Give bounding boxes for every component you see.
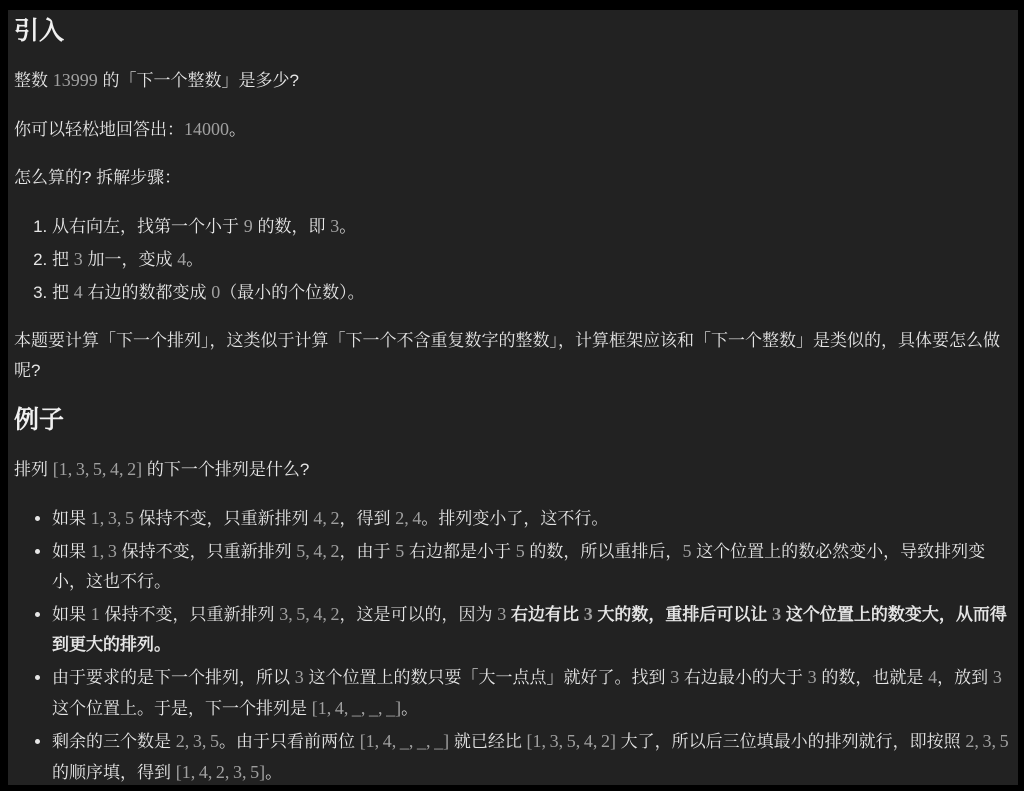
inline-math: 3	[772, 604, 781, 624]
text-run: 保持不变，只重新排列	[100, 605, 279, 624]
text-run: 。由于只看前两位	[219, 732, 360, 751]
paragraph: 本题要计算「下一个排列」，这类似于计算「下一个不含重复数字的整数」，计算框架应该…	[14, 326, 1010, 386]
text-run: 的数，所以重排后，	[525, 542, 683, 561]
inline-math: 1	[91, 604, 100, 624]
list-item: 如果 1, 3, 5 保持不变，只重新排列 4, 2，得到 2, 4。排列变小了…	[52, 503, 1010, 534]
list-item: 把 4 右边的数都变成 0（最小的个位数）。	[52, 277, 1010, 308]
text-run: ，这是可以的，因为	[340, 605, 498, 624]
text-run: 如果	[52, 605, 91, 624]
text-run: 右边最小的大于	[679, 668, 807, 687]
text-run: 。	[401, 699, 418, 718]
list-item: 从右向左，找第一个小于 9 的数，即 3。	[52, 211, 1010, 242]
text-run: 。	[339, 217, 356, 236]
text-run: 剩余的三个数是	[52, 732, 176, 751]
inline-math: 13999	[53, 70, 98, 90]
inline-math: 5, 4, 2	[296, 541, 339, 561]
text-run: 的数，即	[253, 217, 330, 236]
text-run: 。	[229, 120, 246, 139]
inline-math: [1, 4, _, _, _]	[312, 698, 401, 718]
text-run: 把	[52, 250, 74, 269]
text-run: ，放到	[937, 668, 993, 687]
paragraph: 怎么算的? 拆解步骤：	[14, 163, 1010, 193]
text-run: 的数，也就是	[817, 668, 928, 687]
text-run: 的「下一个整数」是多少?	[98, 71, 299, 90]
text-run: 怎么算的? 拆解步骤：	[14, 168, 181, 187]
inline-math: 4	[177, 249, 186, 269]
inline-math: 5	[395, 541, 404, 561]
text-run: 。	[186, 250, 203, 269]
text-run: 右边有比	[506, 605, 583, 624]
inline-math: 3	[295, 667, 304, 687]
inline-math: 2, 3, 5	[176, 731, 219, 751]
inline-math: 4	[74, 282, 83, 302]
inline-math: 3, 5, 4, 2	[279, 604, 339, 624]
ordered-list: 从右向左，找第一个小于 9 的数，即 3。把 3 加一，变成 4。把 4 右边的…	[14, 211, 1010, 308]
inline-math: [1, 4, 2, 3, 5]	[176, 762, 265, 782]
article: 引入整数 13999 的「下一个整数」是多少?你可以轻松地回答出：14000。怎…	[14, 15, 1010, 785]
text-run: 整数	[14, 71, 53, 90]
text-run: 的下一个排列是什么?	[142, 460, 309, 479]
text-run: 你可以轻松地回答出：	[14, 120, 184, 139]
text-run: 这个位置上的数只要「大一点点」就好了。找到	[304, 668, 670, 687]
section-heading: 引入	[14, 15, 1010, 47]
text-run: 由于要求的是下一个排列，所以	[52, 668, 295, 687]
inline-math: 3	[670, 667, 679, 687]
text-run: 保持不变，只重新排列	[117, 542, 296, 561]
inline-math: 0	[211, 282, 220, 302]
text-run: 的顺序填，得到	[52, 763, 176, 782]
list-item: 如果 1, 3 保持不变，只重新排列 5, 4, 2，由于 5 右边都是小于 5…	[52, 536, 1010, 597]
text-run: 右边都是小于	[404, 542, 515, 561]
paragraph: 排列 [1, 3, 5, 4, 2] 的下一个排列是什么?	[14, 454, 1010, 485]
text-run: 加一，变成	[83, 250, 177, 269]
text-run: 。排列变小了，这不行。	[421, 509, 608, 528]
inline-math: 3	[74, 249, 83, 269]
text-run: （最小的个位数）。	[220, 283, 365, 302]
paragraph: 你可以轻松地回答出：14000。	[14, 114, 1010, 145]
inline-math: 3	[584, 604, 593, 624]
text-run: 如果	[52, 509, 91, 528]
inline-math: 3	[330, 216, 339, 236]
list-item: 把 3 加一，变成 4。	[52, 244, 1010, 275]
inline-math: 2, 4	[395, 508, 421, 528]
inline-math: 5	[516, 541, 525, 561]
text-run: ，由于	[340, 542, 396, 561]
text-run: 。	[265, 763, 282, 782]
text-run: 保持不变，只重新排列	[134, 509, 313, 528]
text-run: 这个位置上。于是，下一个排列是	[52, 699, 312, 718]
paragraph: 整数 13999 的「下一个整数」是多少?	[14, 65, 1010, 96]
inline-math: 3	[497, 604, 506, 624]
inline-math: 3	[993, 667, 1002, 687]
inline-math: [1, 3, 5, 4, 2]	[53, 459, 142, 479]
text-run: 右边的数都变成	[83, 283, 211, 302]
inline-math: 14000	[184, 119, 229, 139]
text-run: 排列	[14, 460, 53, 479]
inline-math: 2, 3, 5	[965, 731, 1008, 751]
list-item: 由于要求的是下一个排列，所以 3 这个位置上的数只要「大一点点」就好了。找到 3…	[52, 662, 1010, 724]
text-run: 大了，所以后三位填最小的排列就行，即按照	[616, 732, 965, 751]
bullet-list: 如果 1, 3, 5 保持不变，只重新排列 4, 2，得到 2, 4。排列变小了…	[14, 503, 1010, 785]
inline-math: [1, 4, _, _, _]	[360, 731, 449, 751]
list-item: 剩余的三个数是 2, 3, 5。由于只看前两位 [1, 4, _, _, _] …	[52, 726, 1010, 785]
text-run: 从右向左，找第一个小于	[52, 217, 244, 236]
text-run: 如果	[52, 542, 91, 561]
section-heading: 例子	[14, 404, 1010, 436]
text-run: 大的数，重排后可以让	[593, 605, 772, 624]
inline-math: [1, 3, 5, 4, 2]	[527, 731, 616, 751]
list-item: 如果 1 保持不变，只重新排列 3, 5, 4, 2，这是可以的，因为 3 右边…	[52, 599, 1010, 660]
inline-math: 1, 3, 5	[91, 508, 134, 528]
text-run: 就已经比	[449, 732, 526, 751]
text-run: 本题要计算「下一个排列」，这类似于计算「下一个不含重复数字的整数」，计算框架应该…	[14, 331, 1000, 380]
text-run: ，得到	[340, 509, 396, 528]
inline-math: 3	[808, 667, 817, 687]
inline-math: 9	[244, 216, 253, 236]
inline-math: 1, 3	[91, 541, 117, 561]
content-area: 引入整数 13999 的「下一个整数」是多少?你可以轻松地回答出：14000。怎…	[8, 10, 1018, 785]
inline-math: 4, 2	[313, 508, 339, 528]
inline-math: 4	[928, 667, 937, 687]
text-run: 把	[52, 283, 74, 302]
